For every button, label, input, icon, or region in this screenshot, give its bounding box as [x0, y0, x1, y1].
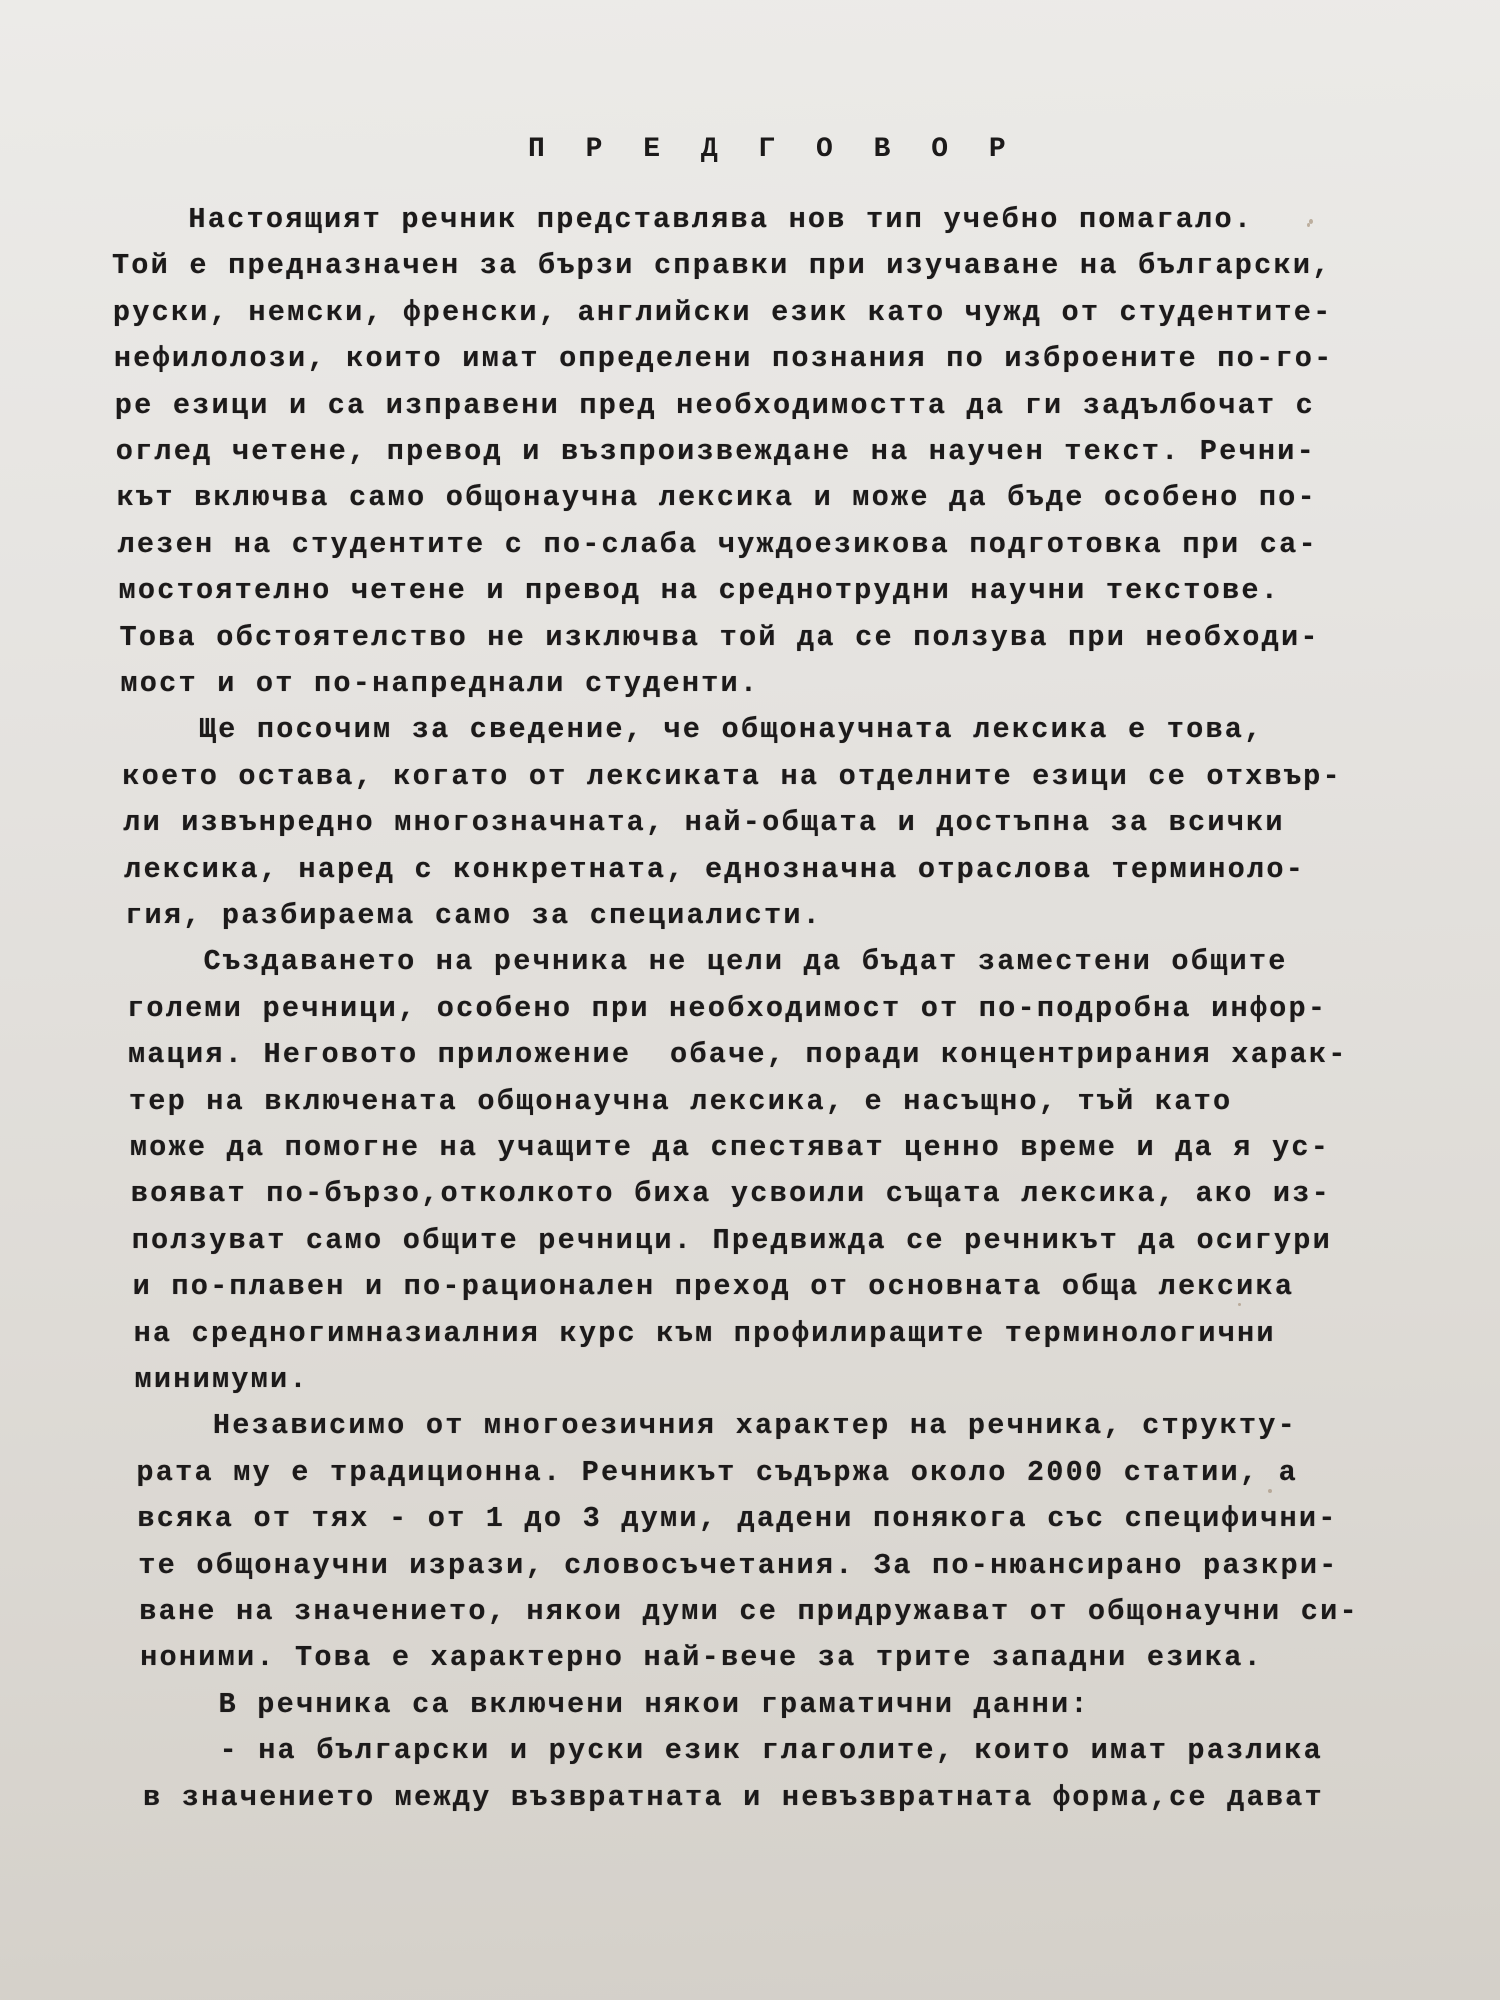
text-line: те общонаучни изрази, словосъчетания. За… [138, 1546, 1338, 1586]
text-line: - на български и руски език глаголите, к… [142, 1731, 1323, 1771]
text-line: гия, разбираема само за специалисти. [125, 896, 822, 936]
text-line: Това обстоятелство не изключва той да се… [119, 618, 1319, 658]
text-line: ване на значението, някои думи се придру… [139, 1592, 1359, 1632]
text-line: Създаването на речника не цели да бъдат … [126, 942, 1288, 982]
text-line: ли извънредно многозначната, най-общата … [123, 803, 1285, 843]
text-line: мостоятелно четене и превод на среднотру… [119, 571, 1281, 611]
text-line: и по-плавен и по-рационален преход от ос… [133, 1267, 1295, 1307]
text-line: в значението между възвратната и невъзвр… [143, 1778, 1324, 1818]
text-line: Той е предназначен за бързи справки при … [112, 246, 1332, 286]
text-line: мация. Неговото приложение обаче, поради… [128, 1035, 1348, 1075]
text-line: на средногимназиалния курс към профилира… [134, 1314, 1276, 1354]
text-line: В речника са включени някои граматични д… [141, 1685, 1090, 1725]
paper-speck [1307, 223, 1310, 227]
text-line: тер на включената общонаучна лексика, е … [129, 1082, 1232, 1122]
text-line: което остава, когато от лексиката на отд… [122, 757, 1342, 797]
text-line: нефилолози, които имат определени познан… [114, 339, 1334, 379]
text-line: кът включва само общонаучна лексика и мо… [117, 478, 1317, 518]
text-line: руски, немски, френски, английски език к… [113, 293, 1333, 333]
text-line: мост и от по-напреднали студенти. [120, 664, 759, 704]
text-line: вояват по-бързо,отколкото биха усвоили с… [131, 1174, 1331, 1214]
document-title: П Р Е Д Г О В О Р [528, 130, 1018, 170]
text-line: ноними. Това е характерно най-вече за тр… [140, 1638, 1263, 1678]
text-line: Настоящият речник представлява нов тип у… [111, 200, 1253, 240]
document-page: П Р Е Д Г О В О Р Настоящият речник пред… [0, 0, 1500, 2000]
text-line: Ще посочим за сведение, че общонаучната … [121, 710, 1263, 750]
text-line: лексика, наред с конкретната, еднозначна… [124, 850, 1305, 890]
text-line: ре езици и са изправени пред необходимос… [115, 386, 1315, 426]
text-line: ползуват само общите речници. Предвижда … [132, 1221, 1332, 1261]
text-line: оглед четене, превод и възпроизвеждане н… [116, 432, 1316, 472]
text-line: минимуми. [135, 1360, 309, 1400]
text-line: всяка от тях - от 1 до 3 думи, дадени по… [137, 1499, 1337, 1539]
text-line: големи речници, особено при необходимост… [127, 989, 1327, 1029]
text-line: може да помогне на учащите да спестяват … [130, 1128, 1330, 1168]
text-line: рата му е традиционна. Речникът съдържа … [136, 1453, 1298, 1493]
text-line: Независимо от многоезичния характер на р… [135, 1406, 1297, 1446]
text-line: лезен на студентите с по-слаба чуждоезик… [118, 525, 1318, 565]
